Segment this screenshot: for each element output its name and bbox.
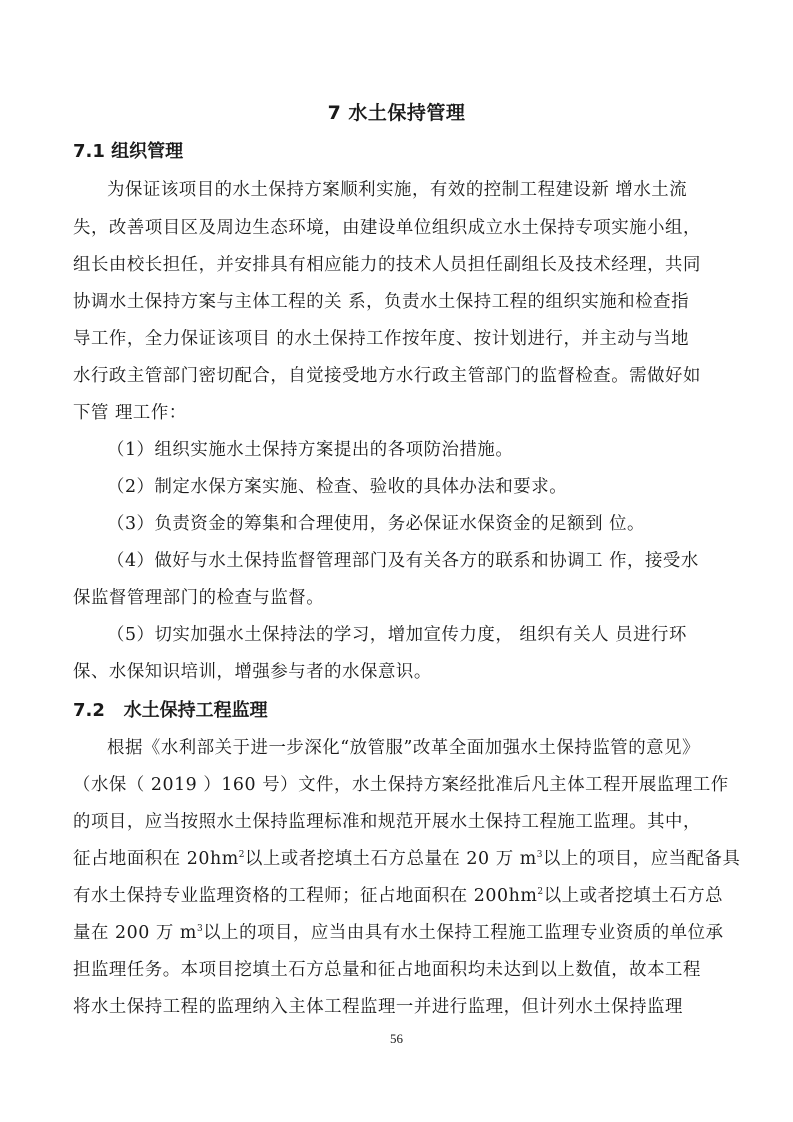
section-heading-7-1: 7.1 组织管理	[73, 137, 183, 163]
document-page: 7 水土保持管理 7.1 组织管理 为保证该项目的水土保持方案顺利实施，有效的控…	[0, 0, 793, 1122]
text-run: 量在 200 万 m	[73, 923, 197, 943]
list-item-2: （2）制定水保方案实施、检查、验收的具体办法和要求。	[107, 475, 757, 499]
paragraph-line: 根据《水利部关于进一步深化“放管服”改革全面加强水土保持监管的意见》	[107, 736, 757, 760]
text-run: 以上或者挖填土石方总量在 20 万 m	[245, 849, 537, 869]
list-item-4-continued: 保监督管理部门的检查与监督。	[73, 586, 723, 610]
paragraph-line: 征占地面积在 20hm2以上或者挖填土石方总量在 20 万 m3以上的项目，应当…	[73, 847, 723, 871]
paragraph-line: 的项目，应当按照水土保持监理标准和规范开展水土保持工程施工监理。其中，	[73, 810, 723, 834]
paragraph-line: 水行政主管部门密切配合，自觉接受地方水行政主管部门的监督检查。需做好如	[73, 364, 723, 388]
paragraph-line: 导工作，全力保证该项目 的水土保持工作按年度、按计划进行，并主动与当地	[73, 327, 723, 351]
paragraph-line: 将水土保持工程的监理纳入主体工程监理一并进行监理，但计列水土保持监理	[73, 995, 723, 1019]
paragraph-line: 协调水土保持方案与主体工程的关 系，负责水土保持工程的组织实施和检查指	[73, 290, 723, 314]
list-item-4: （4）做好与水土保持监督管理部门及有关各方的联系和协调工 作，接受水	[107, 549, 757, 573]
paragraph-line: 为保证该项目的水土保持方案顺利实施，有效的控制工程建设新 增水土流	[107, 178, 757, 202]
list-item-5-continued: 保、水保知识培训，增强参与者的水保意识。	[73, 660, 723, 684]
paragraph-line: 有水土保持专业监理资格的工程师；征占地面积在 200hm2以上或者挖填土石方总	[73, 884, 723, 908]
text-run: 以上或者挖填土石方总	[544, 886, 723, 906]
text-run: 有水土保持专业监理资格的工程师；征占地面积在 200hm	[73, 886, 537, 906]
page-number: 56	[0, 1031, 793, 1047]
chapter-title: 7 水土保持管理	[0, 98, 793, 125]
paragraph-line: 量在 200 万 m3以上的项目，应当由具有水土保持工程施工监理专业资质的单位承	[73, 921, 723, 945]
paragraph-line: 担监理任务。本项目挖填土石方总量和征占地面积均未达到以上数值，故本工程	[73, 958, 723, 982]
text-run: 以上的项目，应当配备具	[543, 849, 740, 869]
paragraph-line: 失，改善项目区及周边生态环境，由建设单位组织成立水土保持专项实施小组，	[73, 216, 723, 240]
text-run: 征占地面积在 20hm	[73, 849, 239, 869]
list-item-3: （3）负责资金的筹集和合理使用，务必保证水保资金的足额到 位。	[107, 512, 757, 536]
section-heading-7-2: 7.2 水土保持工程监理	[73, 696, 268, 722]
list-item-1: （1）组织实施水土保持方案提出的各项防治措施。	[107, 438, 757, 462]
paragraph-line: 下管 理工作：	[73, 401, 723, 425]
paragraph-line: 组长由校长担任，并安排具有相应能力的技术人员担任副组长及技术经理，共同	[73, 253, 723, 277]
list-item-5: （5）切实加强水土保持法的学习，增加宣传力度， 组织有关人 员进行环	[107, 623, 757, 647]
text-run: 以上的项目，应当由具有水土保持工程施工监理专业资质的单位承	[203, 923, 723, 943]
paragraph-line: （水保（ 2019 ）160 号）文件，水土保持方案经批准后凡主体工程开展监理工…	[73, 773, 723, 797]
